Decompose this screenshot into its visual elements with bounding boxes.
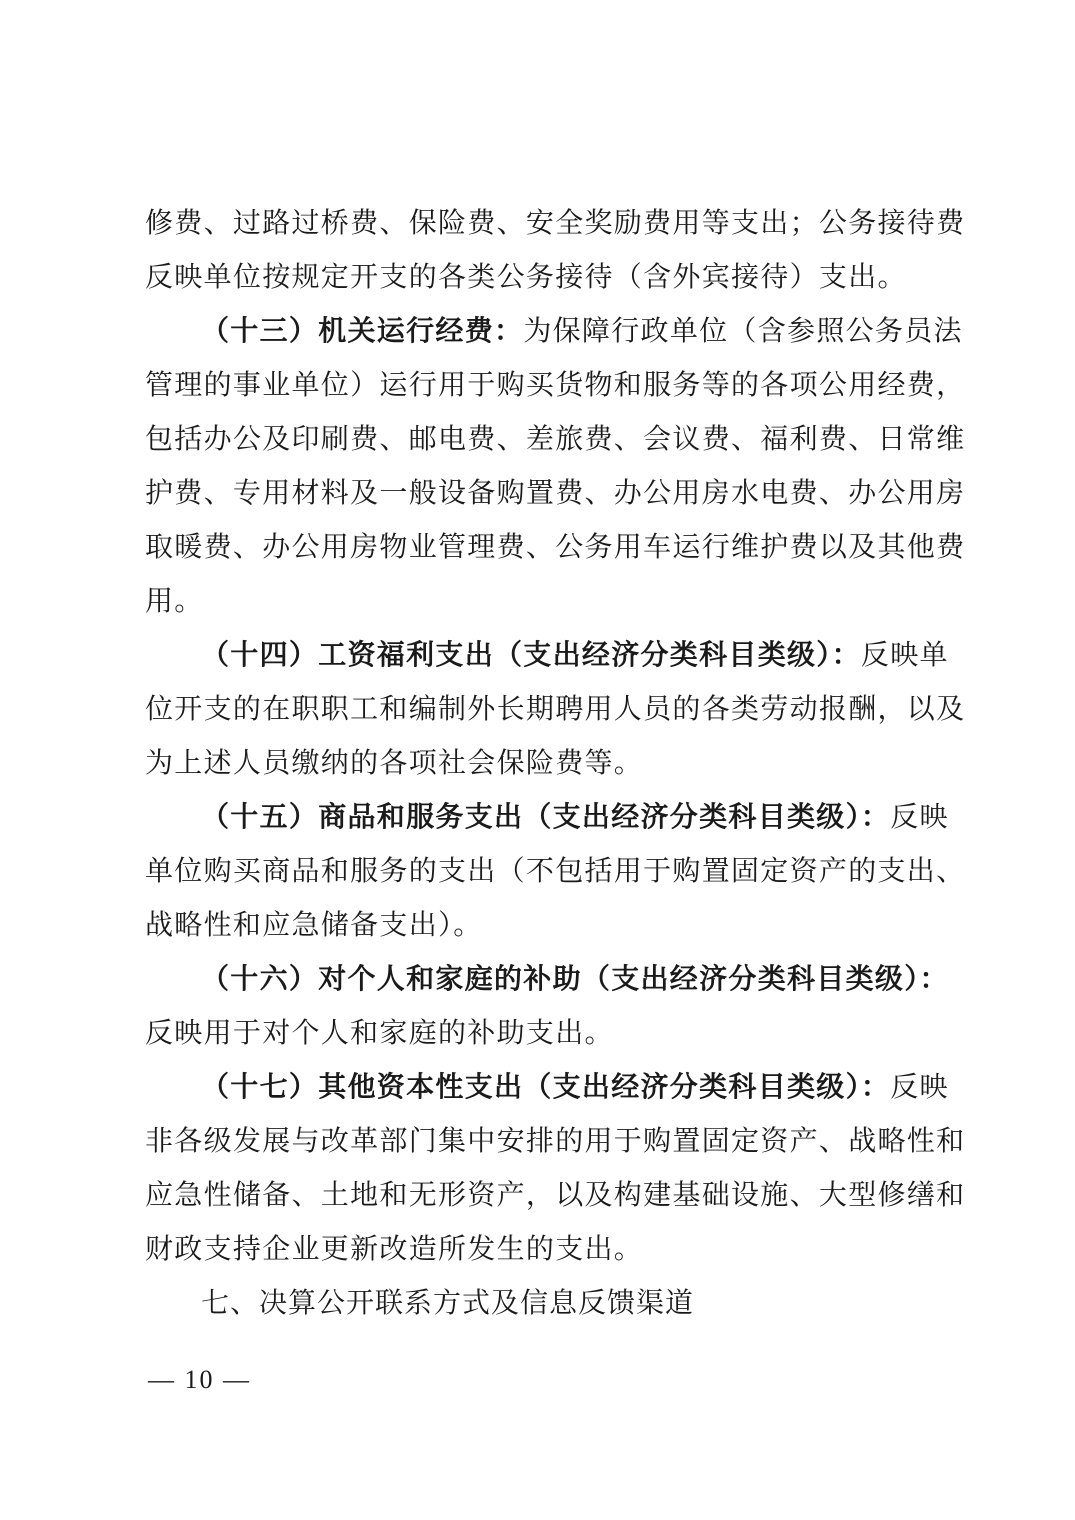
paragraph-line: 包括办公及印刷费、邮电费、差旅费、会议费、福利费、日常维 <box>145 412 945 466</box>
paragraph-line: 反映单位按规定开支的各类公务接待（含外宾接待）支出。 <box>145 250 945 304</box>
paragraph-line: 财政支持企业更新改造所发生的支出。 <box>145 1222 945 1276</box>
paragraph-line: 取暖费、办公用房物业管理费、公务用车运行维护费以及其他费 <box>145 520 945 574</box>
item-17-first-line: （十七）其他资本性支出（支出经济分类科目类级）：反映 <box>145 1060 945 1114</box>
page-number: — 10 — <box>148 1365 251 1395</box>
item-16-heading: （十六）对个人和家庭的补助（支出经济分类科目类级）： <box>201 962 949 995</box>
item-14-heading: （十四）工资福利支出（支出经济分类科目类级）： <box>201 638 861 671</box>
paragraph-line: 管理的事业单位）运行用于购买货物和服务等的各项公用经费， <box>145 358 945 412</box>
paragraph-line: 非各级发展与改革部门集中安排的用于购置固定资产、战略性和 <box>145 1114 945 1168</box>
item-15-heading: （十五）商品和服务支出（支出经济分类科目类级）： <box>201 800 890 833</box>
paragraph-line: 为上述人员缴纳的各项社会保险费等。 <box>145 736 945 790</box>
paragraph-line: 战略性和应急储备支出）。 <box>145 898 945 952</box>
section-heading: 七、决算公开联系方式及信息反馈渠道 <box>145 1276 945 1330</box>
item-17-text: 反映 <box>890 1070 949 1103</box>
paragraph-line: 反映用于对个人和家庭的补助支出。 <box>145 1006 945 1060</box>
item-15-first-line: （十五）商品和服务支出（支出经济分类科目类级）：反映 <box>145 790 945 844</box>
item-17-heading: （十七）其他资本性支出（支出经济分类科目类级）： <box>201 1070 890 1103</box>
paragraph-line: 应急性储备、土地和无形资产，以及构建基础设施、大型修缮和 <box>145 1168 945 1222</box>
item-14-first-line: （十四）工资福利支出（支出经济分类科目类级）：反映单 <box>145 628 945 682</box>
paragraph-line: 修费、过路过桥费、保险费、安全奖励费用等支出；公务接待费 <box>145 196 945 250</box>
paragraph-line: 单位购买商品和服务的支出（不包括用于购置固定资产的支出、 <box>145 844 945 898</box>
item-13-heading: （十三）机关运行经费： <box>201 314 523 347</box>
item-16-first-line: （十六）对个人和家庭的补助（支出经济分类科目类级）： <box>145 952 945 1006</box>
paragraph-line: 用。 <box>145 574 945 628</box>
item-15-text: 反映 <box>890 800 949 833</box>
document-page: 修费、过路过桥费、保险费、安全奖励费用等支出；公务接待费 反映单位按规定开支的各… <box>145 196 945 1330</box>
paragraph-line: 护费、专用材料及一般设备购置费、办公用房水电费、办公用房 <box>145 466 945 520</box>
paragraph-line: 位开支的在职职工和编制外长期聘用人员的各类劳动报酬，以及 <box>145 682 945 736</box>
item-14-text: 反映单 <box>861 638 949 671</box>
item-13-first-line: （十三）机关运行经费：为保障行政单位（含参照公务员法 <box>145 304 945 358</box>
item-13-text: 为保障行政单位（含参照公务员法 <box>523 314 963 347</box>
